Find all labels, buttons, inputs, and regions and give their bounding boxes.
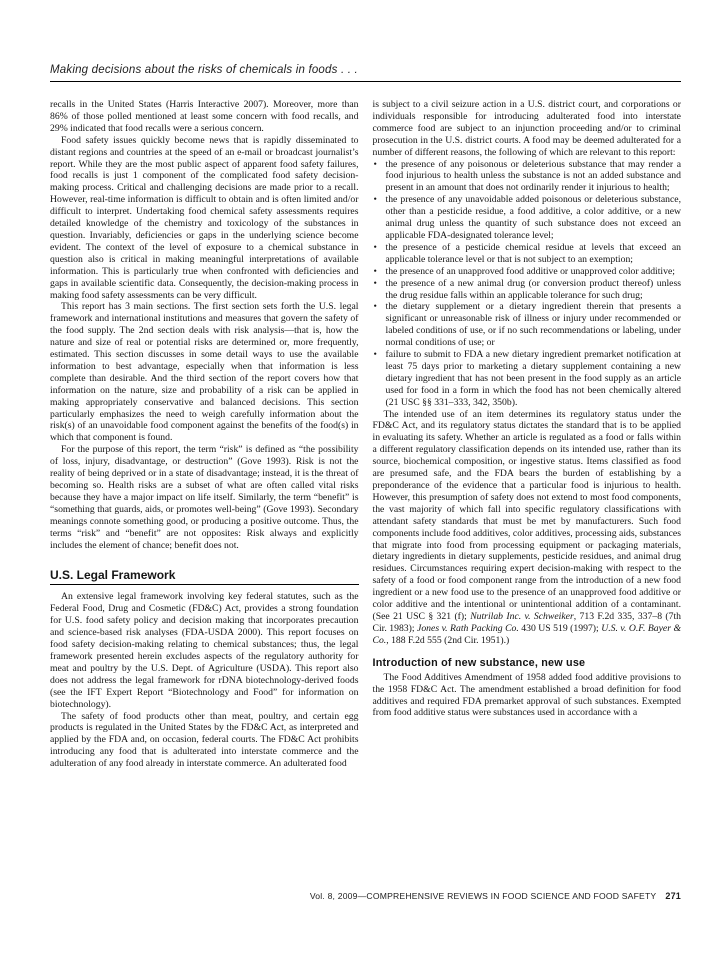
running-header-title: Making decisions about the risks of chem…: [50, 64, 681, 81]
text-run: The intended use of an item determines i…: [373, 409, 682, 622]
sub-section-heading: Introduction of new substance, new use: [373, 657, 682, 669]
list-item: the presence of any unavoidable added po…: [373, 194, 682, 242]
paragraph: This report has 3 main sections. The fir…: [50, 301, 359, 444]
case-citation: Jones v. Rath Packing Co.: [417, 623, 519, 634]
paragraph: recalls in the United States (Harris Int…: [50, 99, 359, 135]
section-heading: U.S. Legal Framework: [50, 568, 359, 584]
journal-page: Making decisions about the risks of chem…: [0, 0, 728, 975]
paragraph: The Food Additives Amendment of 1958 add…: [373, 672, 682, 720]
right-column: is subject to a civil seizure action in …: [373, 99, 682, 770]
list-item: failure to submit to FDA a new dietary i…: [373, 349, 682, 409]
list-item: the presence of an unapproved food addit…: [373, 266, 682, 278]
paragraph: For the purpose of this report, the term…: [50, 444, 359, 551]
list-item: the dietary supplement or a dietary ingr…: [373, 301, 682, 349]
page-footer: Vol. 8, 2009—COMPREHENSIVE REVIEWS IN FO…: [50, 891, 681, 901]
two-column-body: recalls in the United States (Harris Int…: [50, 99, 681, 770]
text-run: 430 US 519 (1997);: [519, 623, 601, 634]
case-citation: Nutrilab Inc. v. Schweiker: [470, 611, 574, 622]
header-rule: [50, 81, 681, 82]
running-header: Making decisions about the risks of chem…: [50, 64, 681, 82]
text-run: , 188 F.2d 555 (2nd Cir. 1951).): [386, 635, 509, 646]
page-number: 271: [665, 891, 681, 901]
section-heading-rule: [50, 584, 359, 585]
paragraph: Food safety issues quickly become news t…: [50, 135, 359, 302]
paragraph: The intended use of an item determines i…: [373, 409, 682, 647]
list-item: the presence of any poisonous or deleter…: [373, 159, 682, 195]
list-item: the presence of a new animal drug (or co…: [373, 278, 682, 302]
left-column: recalls in the United States (Harris Int…: [50, 99, 359, 770]
journal-volume-line: Vol. 8, 2009—COMPREHENSIVE REVIEWS IN FO…: [310, 891, 657, 901]
paragraph: The safety of food products other than m…: [50, 711, 359, 771]
paragraph: An extensive legal framework involving k…: [50, 591, 359, 710]
adulteration-reasons-list: the presence of any poisonous or deleter…: [373, 159, 682, 409]
list-item: the presence of a pesticide chemical res…: [373, 242, 682, 266]
paragraph: is subject to a civil seizure action in …: [373, 99, 682, 159]
